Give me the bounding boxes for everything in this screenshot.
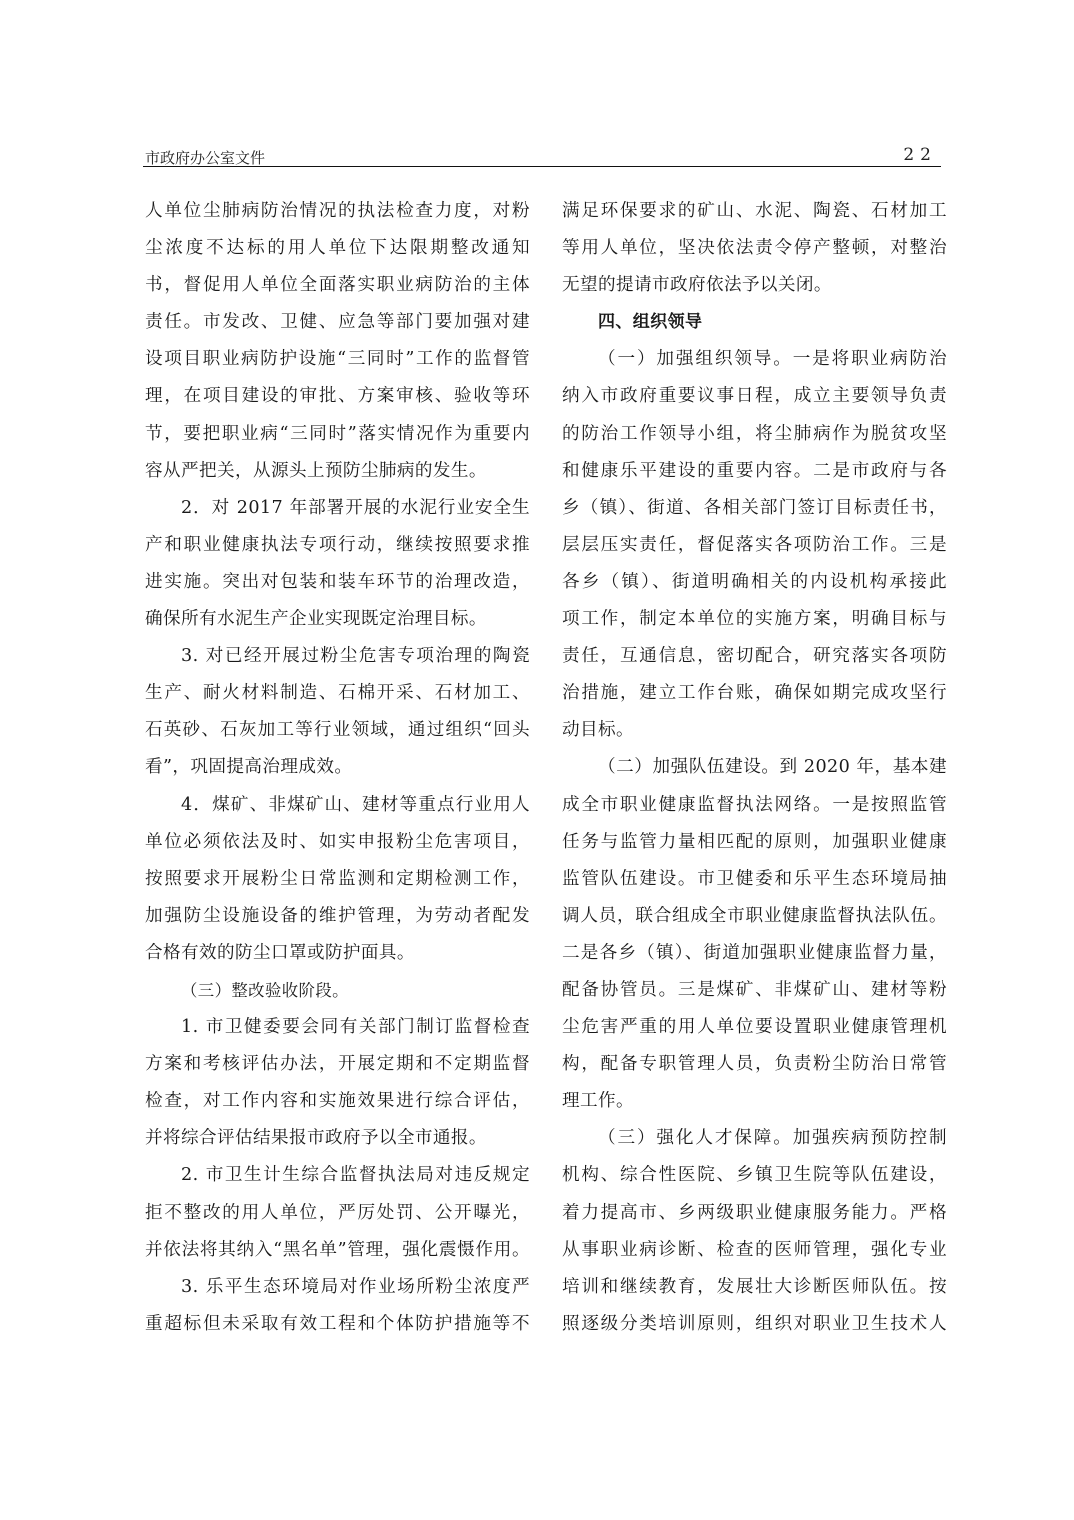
text-line: 纳入市政府重要议事日程，成立主要领导负责: [562, 378, 947, 415]
text-line: 责任。市发改、卫健、应急等部门要加强对建: [145, 304, 530, 341]
text-line: 加强防尘设施设备的维护管理，为劳动者配发: [145, 898, 530, 935]
text-line: （二）加强队伍建设。到 2020 年，基本建: [562, 749, 947, 786]
text-line: 和健康乐平建设的重要内容。二是市政府与各: [562, 453, 947, 490]
text-line: 培训和继续教育，发展壮大诊断医师队伍。按: [562, 1269, 947, 1306]
text-line: 容从严把关，从源头上预防尘肺病的发生。: [145, 453, 530, 490]
text-line: 产和职业健康执法专项行动，继续按照要求推: [145, 527, 530, 564]
text-line: 满足环保要求的矿山、水泥、陶瓷、石材加工: [562, 193, 947, 230]
left-column: 人单位尘肺病防治情况的执法检查力度，对粉尘浓度不达标的用人单位下达限期整改通知书…: [145, 193, 530, 1343]
text-line: 设项目职业病防护设施“三同时”工作的监督管: [145, 341, 530, 378]
page-number: 22: [903, 145, 937, 165]
text-line: 拒不整改的用人单位，严厉处罚、公开曝光，: [145, 1195, 530, 1232]
text-line: 着力提高市、乡两级职业健康服务能力。严格: [562, 1195, 947, 1232]
text-line: 人单位尘肺病防治情况的执法检查力度，对粉: [145, 193, 530, 230]
text-line: 配备协管员。三是煤矿、非煤矿山、建材等粉: [562, 972, 947, 1009]
text-line: 任务与监管力量相匹配的原则，加强职业健康: [562, 824, 947, 861]
section-heading: 四、组织领导: [562, 304, 947, 341]
text-line: 无望的提请市政府依法予以关闭。: [562, 267, 947, 304]
text-line: 看”，巩固提高治理成效。: [145, 749, 530, 786]
text-line: 尘浓度不达标的用人单位下达限期整改通知: [145, 230, 530, 267]
text-line: 各乡（镇）、街道明确相关的内设机构承接此: [562, 564, 947, 601]
text-line: 项工作，制定本单位的实施方案，明确目标与: [562, 601, 947, 638]
text-line: 3. 对已经开展过粉尘危害专项治理的陶瓷: [145, 638, 530, 675]
text-line: 2. 市卫生计生综合监督执法局对违反规定: [145, 1157, 530, 1194]
text-line: 检查，对工作内容和实施效果进行综合评估，: [145, 1083, 530, 1120]
text-line: 3. 乐平生态环境局对作业场所粉尘浓度严: [145, 1269, 530, 1306]
text-line: 照逐级分类培训原则，组织对职业卫生技术人: [562, 1306, 947, 1343]
text-line: 层层压实责任，督促落实各项防治工作。三是: [562, 527, 947, 564]
text-line: 理，在项目建设的审批、方案审核、验收等环: [145, 378, 530, 415]
text-line: 合格有效的防尘口罩或防护面具。: [145, 935, 530, 972]
text-line: 责任，互通信息，密切配合，研究落实各项防: [562, 638, 947, 675]
text-line: 1. 市卫健委要会同有关部门制订监督检查: [145, 1009, 530, 1046]
text-line: 进实施。突出对包装和装车环节的治理改造，: [145, 564, 530, 601]
text-line: 单位必须依法及时、如实申报粉尘危害项目，: [145, 824, 530, 861]
text-line: 治措施，建立工作台账，确保如期完成攻坚行: [562, 675, 947, 712]
text-line: 成全市职业健康监督执法网络。一是按照监管: [562, 787, 947, 824]
text-line: 尘危害严重的用人单位要设置职业健康管理机: [562, 1009, 947, 1046]
text-line: 并依法将其纳入“黑名单”管理，强化震慑作用。: [145, 1232, 530, 1269]
text-line: （一）加强组织领导。一是将职业病防治: [562, 341, 947, 378]
document-source-title: 市政府办公室文件: [145, 147, 265, 168]
text-line: 4．煤矿、非煤矿山、建材等重点行业用人: [145, 787, 530, 824]
text-line: 从事职业病诊断、检查的医师管理，强化专业: [562, 1232, 947, 1269]
right-column: 满足环保要求的矿山、水泥、陶瓷、石材加工等用人单位，坚决依法责令停产整顿，对整治…: [562, 193, 947, 1343]
text-line: 理工作。: [562, 1083, 947, 1120]
text-line: 等用人单位，坚决依法责令停产整顿，对整治: [562, 230, 947, 267]
text-line: 并将综合评估结果报市政府予以全市通报。: [145, 1120, 530, 1157]
text-line: 确保所有水泥生产企业实现既定治理目标。: [145, 601, 530, 638]
text-line: 机构、综合性医院、乡镇卫生院等队伍建设，: [562, 1157, 947, 1194]
text-line: 2．对 2017 年部署开展的水泥行业安全生: [145, 490, 530, 527]
text-line: 方案和考核评估办法，开展定期和不定期监督: [145, 1046, 530, 1083]
text-line: 构，配备专职管理人员，负责粉尘防治日常管: [562, 1046, 947, 1083]
text-line: 动目标。: [562, 712, 947, 749]
text-line: 的防治工作领导小组，将尘肺病作为脱贫攻坚: [562, 416, 947, 453]
text-line: （三）整改验收阶段。: [145, 972, 530, 1009]
text-line: 节，要把职业病“三同时”落实情况作为重要内: [145, 416, 530, 453]
text-line: 监管队伍建设。市卫健委和乐平生态环境局抽: [562, 861, 947, 898]
page-header: 市政府办公室文件 22: [143, 147, 941, 167]
text-line: 重超标但未采取有效工程和个体防护措施等不: [145, 1306, 530, 1343]
text-line: 书，督促用人单位全面落实职业病防治的主体: [145, 267, 530, 304]
text-line: 二是各乡（镇）、街道加强职业健康监督力量，: [562, 935, 947, 972]
text-line: 石英砂、石灰加工等行业领域，通过组织“回头: [145, 712, 530, 749]
text-line: 按照要求开展粉尘日常监测和定期检测工作，: [145, 861, 530, 898]
text-line: （三）强化人才保障。加强疾病预防控制: [562, 1120, 947, 1157]
text-line: 生产、耐火材料制造、石棉开采、石材加工、: [145, 675, 530, 712]
text-line: 乡（镇）、街道、各相关部门签订目标责任书，: [562, 490, 947, 527]
text-line: 调人员，联合组成全市职业健康监督执法队伍。: [562, 898, 947, 935]
